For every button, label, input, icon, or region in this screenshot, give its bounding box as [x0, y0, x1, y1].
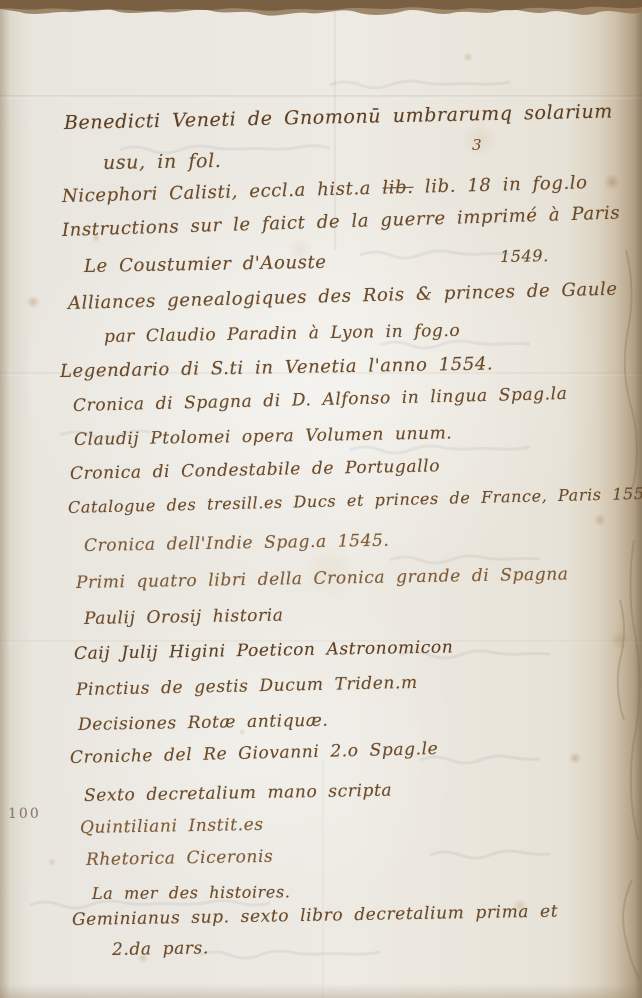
manuscript-line: Caij Julij Higini Poeticon Astronomicon — [74, 637, 454, 664]
manuscript-line: 2.da pars. — [112, 938, 209, 960]
manuscript-line: Paulij Orosij historia — [84, 606, 284, 629]
manuscript-line: Cronica dell'Indie Spag.a 1545. — [84, 531, 390, 556]
manuscript-page: Benedicti Veneti de Gnomonū umbrarumq so… — [0, 0, 642, 998]
abbreviation-tail: 3 — [472, 136, 482, 154]
paper-left-edge — [0, 0, 10, 998]
manuscript-line: Legendario di S.ti in Venetia l'anno 155… — [60, 353, 494, 382]
manuscript-line: Instructions sur le faict de la guerre i… — [62, 202, 621, 241]
manuscript-line: La mer des histoires. — [92, 882, 291, 903]
manuscript-line: Decisiones Rotæ antiquæ. — [78, 711, 329, 735]
fold-crease-horizontal — [0, 95, 642, 99]
manuscript-line: Benedicti Veneti de Gnomonū umbrarumq so… — [64, 101, 613, 134]
manuscript-line: Cronica di Condestabile de Portugallo — [70, 456, 440, 484]
margin-folio-number: 100 — [8, 806, 41, 822]
manuscript-line: usu, in fol. — [103, 150, 222, 174]
manuscript-line: par Claudio Paradin à Lyon in fog.o — [104, 321, 461, 347]
strikethrough-text: lib. — [382, 177, 414, 199]
manuscript-line: Croniche del Re Giovanni 2.o Spag.le — [70, 739, 439, 768]
manuscript-line: Primi quatro libri della Cronica grande … — [76, 564, 569, 593]
manuscript-line: Quintiliani Instit.es — [80, 815, 264, 838]
manuscript-line: Claudij Ptolomei opera Volumen unum. — [74, 423, 453, 450]
manuscript-line: Nicephori Calisti, eccl.a hist.a lib. li… — [62, 172, 588, 207]
manuscript-line: Alliances genealogiques des Rois & princ… — [68, 279, 618, 314]
manuscript-line: Rhetorica Ciceronis — [86, 847, 274, 870]
manuscript-line: Sexto decretalium mano scripta — [84, 781, 393, 806]
manuscript-line: Le Coustumier d'Aouste — [84, 252, 327, 277]
manuscript-line: Pinctius de gestis Ducum Triden.m — [76, 673, 418, 700]
paper-bottom-edge — [0, 984, 642, 998]
line-text: lib. 18 in fog.lo — [425, 172, 588, 197]
manuscript-line: Cronica di Spagna di D. Alfonso in lingu… — [73, 384, 568, 416]
manuscript-line-year: 1549. — [500, 246, 549, 266]
line-text: Nicephori Calisti, eccl.a hist.a — [62, 178, 372, 207]
manuscript-line: Geminianus sup. sexto libro decretalium … — [72, 902, 559, 930]
manuscript-line: Catalogue des tresill.es Ducs et princes… — [68, 484, 642, 517]
paper-torn-top-edge — [0, 0, 642, 26]
